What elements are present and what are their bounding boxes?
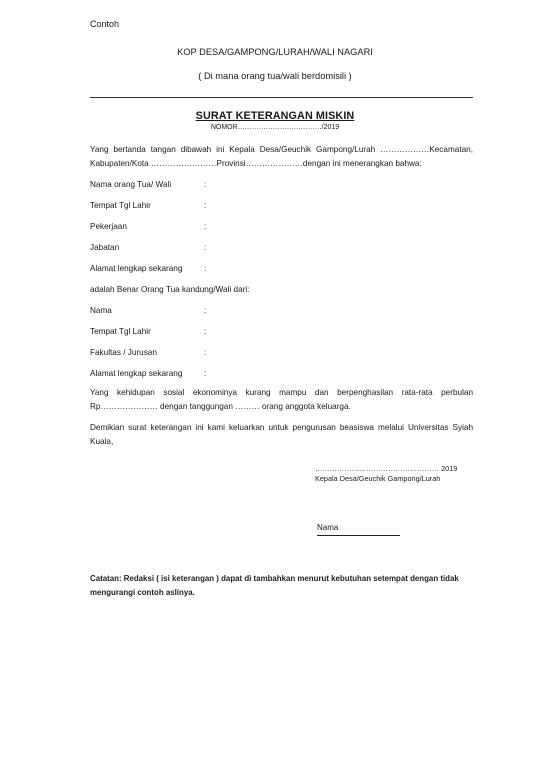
signature-name: Nama <box>317 523 338 532</box>
field-separator: : <box>204 369 206 378</box>
field-label-position: Jabatan <box>90 243 119 252</box>
field-label-parent-birth: Tempat Tgl Lahir <box>90 201 151 210</box>
signature-date: …………………………………………… 2019 <box>315 464 457 473</box>
note-paragraph: Catatan: Redaksi ( isi keterangan ) dapa… <box>90 572 473 599</box>
field-label-faculty: Fakultas / Jurusan <box>90 348 157 357</box>
closing-paragraph: Demikian surat keterangan ini kami kelua… <box>90 421 473 448</box>
field-label-child-address: Alamat lengkap sekarang <box>90 369 182 378</box>
field-separator: : <box>204 243 206 252</box>
document-number: NOMOR………………………………/2019 <box>0 124 550 131</box>
signature-line <box>317 535 400 536</box>
field-separator: : <box>204 180 206 189</box>
field-separator: : <box>204 306 206 315</box>
field-separator: : <box>204 327 206 336</box>
intro-paragraph: Yang bertanda tangan dibawah ini Kepala … <box>90 143 473 170</box>
field-label-parent-address: Alamat lengkap sekarang <box>90 264 182 273</box>
field-separator: : <box>204 222 206 231</box>
economy-paragraph: Yang kehidupan sosial ekonominya kurang … <box>90 386 473 413</box>
letterhead-title: KOP DESA/GAMPONG/LURAH/WALI NAGARI <box>0 47 550 57</box>
field-label-parent-name: Nama orang Tua/ Wali <box>90 180 171 189</box>
field-separator: : <box>204 201 206 210</box>
field-label-child-name: Nama <box>90 306 112 315</box>
field-separator: : <box>204 264 206 273</box>
document-title: SURAT KETERANGAN MISKIN <box>0 110 550 122</box>
signature-position: Kepala Desa/Geuchik Gampong/Lurah <box>315 474 440 483</box>
child-intro: adalah Benar Orang Tua kandung/Wali dari… <box>90 285 249 294</box>
field-label-child-birth: Tempat Tgl Lahir <box>90 327 151 336</box>
document-page: Contoh KOP DESA/GAMPONG/LURAH/WALI NAGAR… <box>0 0 550 777</box>
letterhead-divider <box>90 97 473 98</box>
field-label-occupation: Pekerjaan <box>90 222 127 231</box>
letterhead-subtitle: ( Di mana orang tua/wali berdomisili ) <box>0 71 550 81</box>
sample-label: Contoh <box>90 19 119 29</box>
field-separator: : <box>204 348 206 357</box>
